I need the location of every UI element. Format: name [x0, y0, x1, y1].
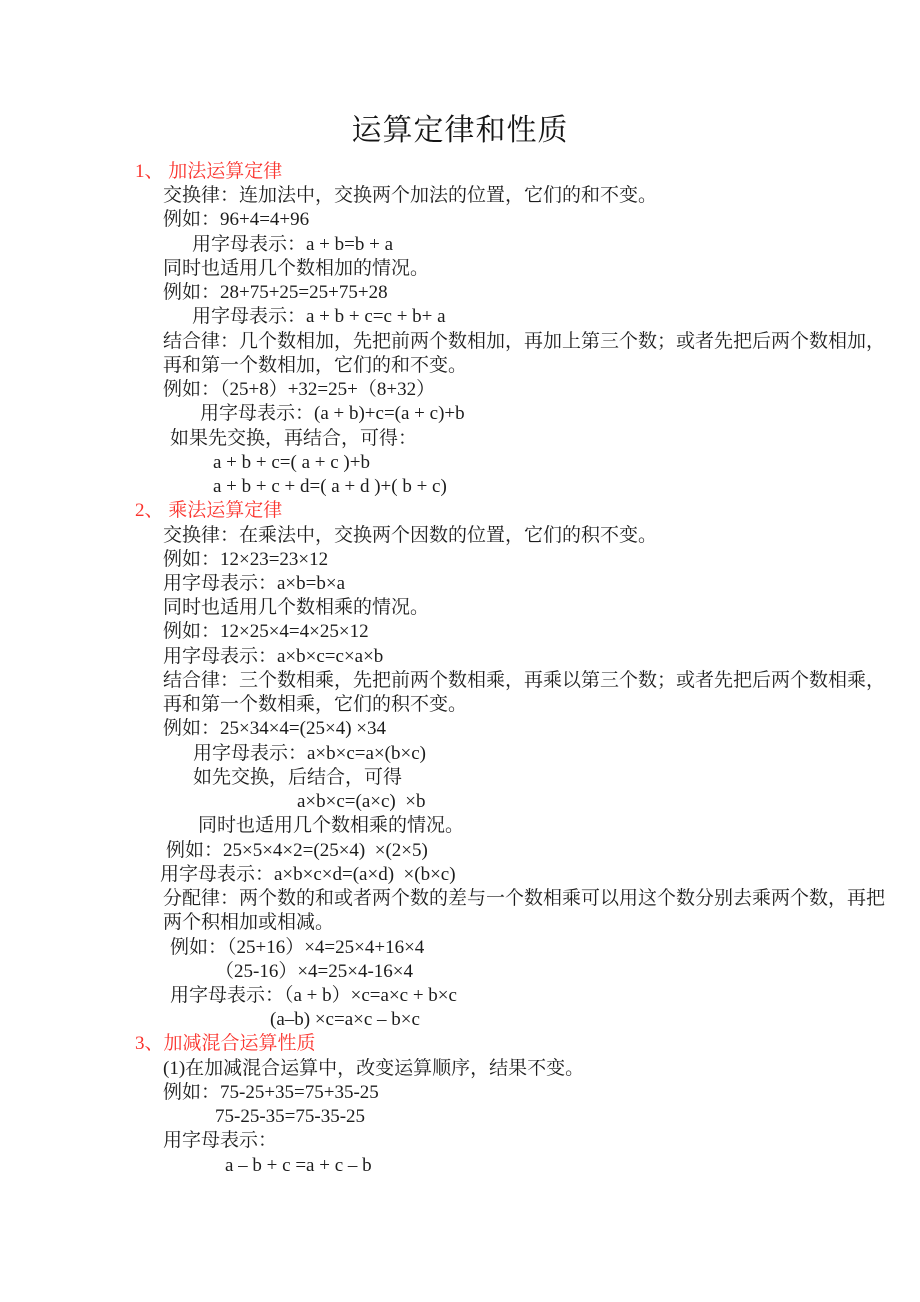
text-line: 用字母表示：（a + b）×c=a×c + b×c: [0, 984, 920, 1008]
text-line: 例如：（25+8）+32=25+（8+32）: [0, 378, 920, 402]
text-line: 例如：96+4=4+96: [0, 208, 920, 232]
text-line: 同时也适用几个数相乘的情况。: [0, 814, 920, 838]
text-line: 用字母表示：a×b×c=c×a×b: [0, 645, 920, 669]
text-line: 例如：25×34×4=(25×4) ×34: [0, 717, 920, 741]
text-line: 用字母表示：: [0, 1129, 920, 1153]
text-line: 例如：28+75+25=25+75+28: [0, 281, 920, 305]
text-line: 如先交换，后结合，可得: [0, 766, 920, 790]
text-line: 例如：75-25+35=75+35-25: [0, 1081, 920, 1105]
text-line: 用字母表示：a + b=b + a: [0, 233, 920, 257]
text-line: (1)在加减混合运算中，改变运算顺序，结果不变。: [0, 1057, 920, 1081]
section-heading-1: 1、 加法运算定律: [0, 160, 920, 184]
text-line: 再和第一个数相加，它们的和不变。: [0, 354, 920, 378]
text-line: （25-16）×4=25×4-16×4: [0, 960, 920, 984]
text-line: 用字母表示：(a + b)+c=(a + c)+b: [0, 402, 920, 426]
text-line: 例如：（25+16）×4=25×4+16×4: [0, 936, 920, 960]
document-body: 1、 加法运算定律交换律：连加法中，交换两个加法的位置，它们的和不变。例如：96…: [0, 160, 920, 1178]
document-title: 运算定律和性质: [0, 112, 920, 150]
text-line: a + b + c + d=( a + d )+( b + c): [0, 475, 920, 499]
document-page: 运算定律和性质 1、 加法运算定律交换律：连加法中，交换两个加法的位置，它们的和…: [0, 0, 920, 1302]
text-line: 用字母表示：a×b×c=a×(b×c): [0, 742, 920, 766]
text-line: 交换律：连加法中，交换两个加法的位置，它们的和不变。: [0, 184, 920, 208]
text-line: 例如：12×25×4=4×25×12: [0, 620, 920, 644]
section-heading-3: 3、加减混合运算性质: [0, 1032, 920, 1056]
text-line: 例如：12×23=23×12: [0, 548, 920, 572]
text-line: 结合律：几个数相加，先把前两个数相加，再加上第三个数；或者先把后两个数相加，: [0, 330, 920, 354]
text-line: 分配律：两个数的和或者两个数的差与一个数相乘可以用这个数分别去乘两个数，再把: [0, 887, 920, 911]
text-line: a + b + c=( a + c )+b: [0, 451, 920, 475]
text-line: 用字母表示：a + b + c=c + b+ a: [0, 305, 920, 329]
text-line: (a–b) ×c=a×c – b×c: [0, 1008, 920, 1032]
text-line: 用字母表示：a×b=b×a: [0, 572, 920, 596]
text-line: a×b×c=(a×c) ×b: [0, 790, 920, 814]
text-line: 再和第一个数相乘，它们的积不变。: [0, 693, 920, 717]
text-line: 两个积相加或相减。: [0, 911, 920, 935]
text-line: 交换律：在乘法中，交换两个因数的位置，它们的积不变。: [0, 524, 920, 548]
text-line: 用字母表示：a×b×c×d=(a×d) ×(b×c): [0, 863, 920, 887]
text-line: 同时也适用几个数相乘的情况。: [0, 596, 920, 620]
text-line: 同时也适用几个数相加的情况。: [0, 257, 920, 281]
text-line: 如果先交换，再结合，可得：: [0, 427, 920, 451]
text-line: 结合律：三个数相乘，先把前两个数相乘，再乘以第三个数；或者先把后两个数相乘，: [0, 669, 920, 693]
text-line: a – b + c =a + c – b: [0, 1154, 920, 1178]
text-line: 75-25-35=75-35-25: [0, 1105, 920, 1129]
text-line: 例如：25×5×4×2=(25×4) ×(2×5): [0, 839, 920, 863]
section-heading-2: 2、 乘法运算定律: [0, 499, 920, 523]
